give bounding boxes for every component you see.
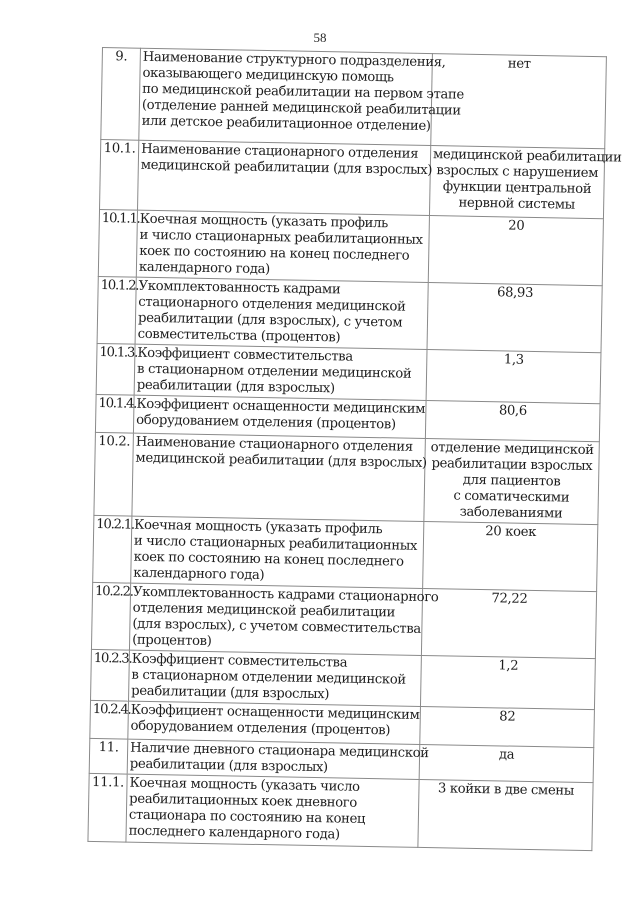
table-row: 10.1.3.Коэффициент совместительствав ста… [96, 343, 601, 403]
row-number: 10.1.2. [97, 276, 136, 344]
row-value: медицинской реабилитациивзрослых с наруш… [429, 146, 604, 219]
value-line: 82 [423, 708, 592, 727]
row-number: 10.2. [94, 432, 134, 516]
row-label: Наименование структурного подразделения,… [139, 48, 433, 145]
value-line: 3 койки в две смены [421, 781, 590, 800]
row-label: Коэффициент совместительствав стационарн… [134, 344, 427, 400]
rehabilitation-data-table: 9.Наименование структурного подразделени… [87, 47, 606, 851]
row-number: 10.2.4. [90, 700, 129, 739]
table-row: 9.Наименование структурного подразделени… [101, 48, 607, 149]
row-number: 11.1. [88, 773, 127, 842]
value-line: 80,6 [428, 402, 597, 421]
row-label: Укомплектованность кадрамистационарного … [135, 277, 428, 349]
value-line: да [422, 746, 591, 765]
row-label: Коэффициент оснащенности медицинскимобор… [128, 701, 421, 744]
row-number: 10.2.2. [91, 582, 130, 650]
row-label: Коечная мощность (указать профильи число… [136, 210, 429, 282]
row-label: Коэффициент совместительствав стационарн… [129, 650, 422, 706]
row-number: 10.2.3. [91, 649, 130, 701]
table-row: 10.2.1.Коечная мощность (указать профиль… [93, 515, 598, 591]
row-label: Коечная мощность (указать числореабилита… [126, 774, 419, 847]
document-table-wrapper: 9.Наименование структурного подразделени… [87, 47, 605, 851]
value-line: 1,2 [424, 657, 593, 676]
table-row: 10.2.2.Укомплектованность кадрами стацио… [91, 582, 596, 658]
value-line: 68,93 [430, 284, 599, 303]
row-value: 68,93 [427, 283, 602, 353]
row-label: Наименование стационарного отделениямеди… [138, 140, 431, 215]
value-line: заболеваниями [426, 504, 595, 523]
value-line: реабилитации взрослых [427, 456, 596, 475]
row-value: 20 [428, 216, 603, 286]
row-label: Укомплектованность кадрами стационарного… [129, 583, 422, 655]
row-number: 10.1.4. [95, 394, 134, 433]
row-value: 82 [420, 706, 595, 747]
value-line: 72,22 [425, 590, 594, 609]
table-row: 10.2.Наименование стационарного отделени… [94, 432, 599, 524]
row-label: Наличие дневного стационара медицинскойр… [127, 739, 420, 779]
value-line: 20 коек [426, 523, 595, 542]
row-value: 1,3 [426, 350, 601, 404]
row-number: 10.1.1. [98, 209, 137, 277]
row-label: Наименование стационарного отделениямеди… [132, 433, 425, 521]
row-value: да [419, 744, 594, 782]
row-number: 11. [89, 738, 128, 774]
row-value: 1,2 [420, 655, 595, 709]
page-number: 58 [0, 30, 640, 46]
table-row: 10.2.3.Коэффициент совместительствав ста… [91, 649, 596, 709]
row-number: 10.1. [100, 139, 139, 210]
row-value: 72,22 [421, 588, 596, 658]
row-number: 10.1.3. [96, 343, 135, 395]
row-value: 20 коек [423, 521, 598, 591]
row-number: 10.2.1. [93, 515, 132, 583]
value-line: нет [435, 55, 604, 74]
table-row: 11.1.Коечная мощность (указать числореаб… [88, 773, 593, 850]
row-number: 9. [101, 48, 141, 141]
table-row: 10.1.2.Укомплектованность кадрамистацион… [97, 276, 602, 352]
value-line: 20 [432, 217, 601, 236]
table-row: 10.1.1.Коечная мощность (указать профиль… [98, 209, 603, 285]
table-row: 10.1.Наименование стационарного отделени… [100, 139, 605, 218]
value-line: нервной системы [432, 195, 601, 214]
row-value: 3 койки в две смены [418, 779, 593, 850]
row-label: Коечная мощность (указать профильи число… [131, 516, 424, 588]
value-line: 1,3 [429, 351, 598, 370]
row-label: Коэффициент оснащенности медицинскимобор… [133, 395, 426, 438]
row-value: отделение медицинскойреабилитации взросл… [424, 438, 599, 524]
table-body: 9.Наименование структурного подразделени… [88, 48, 606, 851]
row-value: 80,6 [425, 400, 600, 441]
